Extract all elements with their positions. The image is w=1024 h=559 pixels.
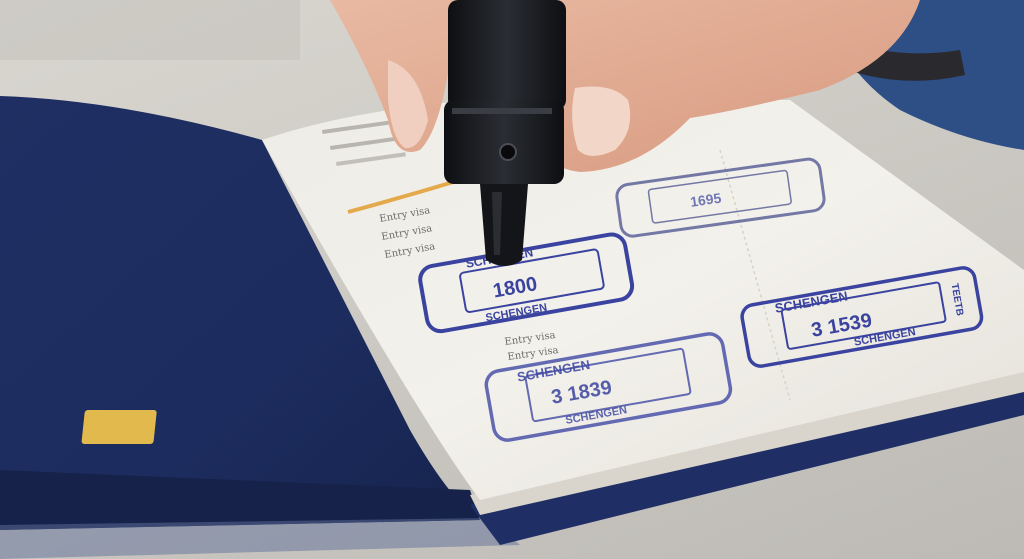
- photo-canvas: Entry visa Entry visa Entry visa Entry v…: [0, 0, 1024, 559]
- passport-photo: Entry visa Entry visa Entry visa Entry v…: [0, 0, 1024, 559]
- passport-emblem: [81, 410, 157, 444]
